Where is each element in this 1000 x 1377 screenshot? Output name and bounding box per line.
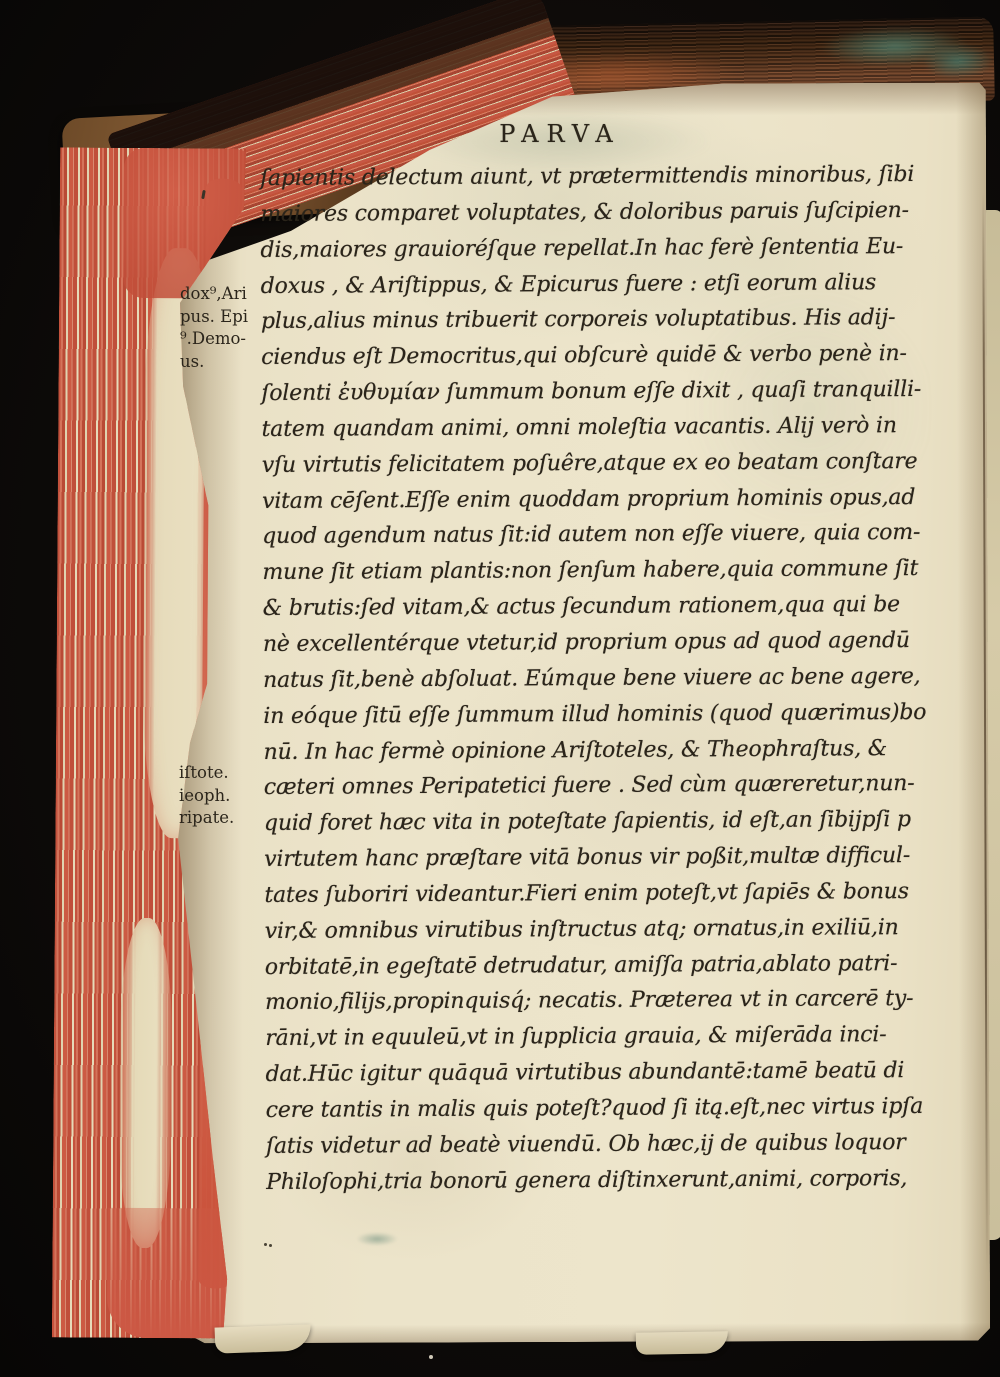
body-text-line: cere tantis in malis quis poteſt?quod ſi… [266, 1094, 946, 1134]
ink-specks [264, 1243, 267, 1246]
running-title: PARVA [300, 120, 820, 148]
margin-note-line: pus. Epi [180, 306, 248, 329]
body-text-line: Philoſophi,tria bonorū genera diſtinxeru… [266, 1165, 946, 1205]
photo-of-open-book: PARVA dox⁹,Aripus. Epi⁹.Demo-us. iſtote.… [0, 0, 1000, 1377]
page-corner-curl [636, 1331, 728, 1355]
body-text-line: in eóque ſitū eſſe ſummum illud hominis … [263, 699, 943, 739]
body-text-line: plus,alius minus tribuerit corporeis vol… [261, 305, 941, 345]
body-text-line: natus ſit,benè abſoluat. Eúmque bene viu… [263, 664, 943, 704]
body-text-line: ciendus eſt Democritus,qui obſcurè quidē… [261, 341, 941, 381]
body-text-block: ſapientis delectum aiunt, vt prætermitte… [260, 162, 946, 1206]
body-text-line: nū. In hac fermè opinione Ariſtoteles, &… [264, 735, 944, 775]
margin-note-line: ⁹.Demo- [180, 328, 248, 351]
margin-note-line: ripate. [179, 807, 234, 830]
body-text-line: dat.Hūc igitur quāquā virtutibus abundan… [265, 1058, 945, 1098]
body-text-line: dis,maiores grauioréſque repellat.In hac… [260, 234, 940, 274]
body-text-line: virtutem hanc præſtare vitā bonus vir po… [264, 843, 944, 883]
page-corner-curl [215, 1324, 312, 1353]
body-text-line: tates ſuboriri videantur.Fieri enim pote… [264, 879, 944, 919]
body-text-line: ſapientis delectum aiunt, vt prætermitte… [260, 162, 940, 202]
body-text-line: quid foret hæc vita in poteſtate ſapient… [264, 807, 944, 847]
body-text-line: rāni,vt in equuleū,vt in ſupplicia graui… [265, 1022, 945, 1062]
margin-note-line: dox⁹,Ari [180, 283, 248, 306]
body-text-line: cæteri omnes Peripatetici fuere . Sed cù… [264, 771, 944, 811]
margin-note-line: us. [180, 351, 248, 374]
edge-teal-stain [922, 43, 995, 80]
body-text-line: ſolenti ἐυθυμίαν ſummum bonum eſſe dixit… [261, 377, 941, 417]
body-text-line: monio,filijs,propinquisq́; necatis. Præt… [265, 986, 945, 1026]
body-text-line: maiores comparet voluptates, & doloribus… [260, 198, 940, 238]
dust-speck [429, 1355, 433, 1359]
margin-note-peripatetics: iſtote.ieoph.ripate. [179, 762, 234, 830]
margin-note-line: iſtote. [179, 762, 234, 785]
body-text-line: vir,& omnibus virutibus inſtructus atq; … [265, 915, 945, 955]
teal-bleed-mark [356, 1232, 398, 1246]
margin-note-authors: dox⁹,Aripus. Epi⁹.Demo-us. [180, 283, 248, 373]
body-text-line: orbitatē,in egeſtatē detrudatur, amiſſa … [265, 950, 945, 990]
body-text-line: vſu virtutis felicitatem poſuêre,atque e… [262, 449, 942, 489]
body-text-line: & brutis:ſed vitam,& actus ſecundum rati… [263, 592, 943, 632]
body-text-line: quod agendum natus ſit:id autem non eſſe… [262, 520, 942, 560]
fore-edge-cream-patch [118, 918, 172, 1248]
body-text-line: tatem quandam animi, omni moleſtia vacan… [262, 413, 942, 453]
body-text-line: doxus , & Ariſtippus, & Epicurus fuere :… [261, 269, 941, 309]
body-text-line: vitam cēſent.Eſſe enim quoddam proprium … [262, 484, 942, 524]
body-text-line: nè excellentérque vtetur,id proprium opu… [263, 628, 943, 668]
body-text-line: mune ſit etiam plantis:non ſenſum habere… [262, 556, 942, 596]
body-text-line: ſatis videtur ad beatè viuendū. Ob hæc,i… [266, 1130, 946, 1170]
margin-note-line: ieoph. [179, 785, 234, 808]
